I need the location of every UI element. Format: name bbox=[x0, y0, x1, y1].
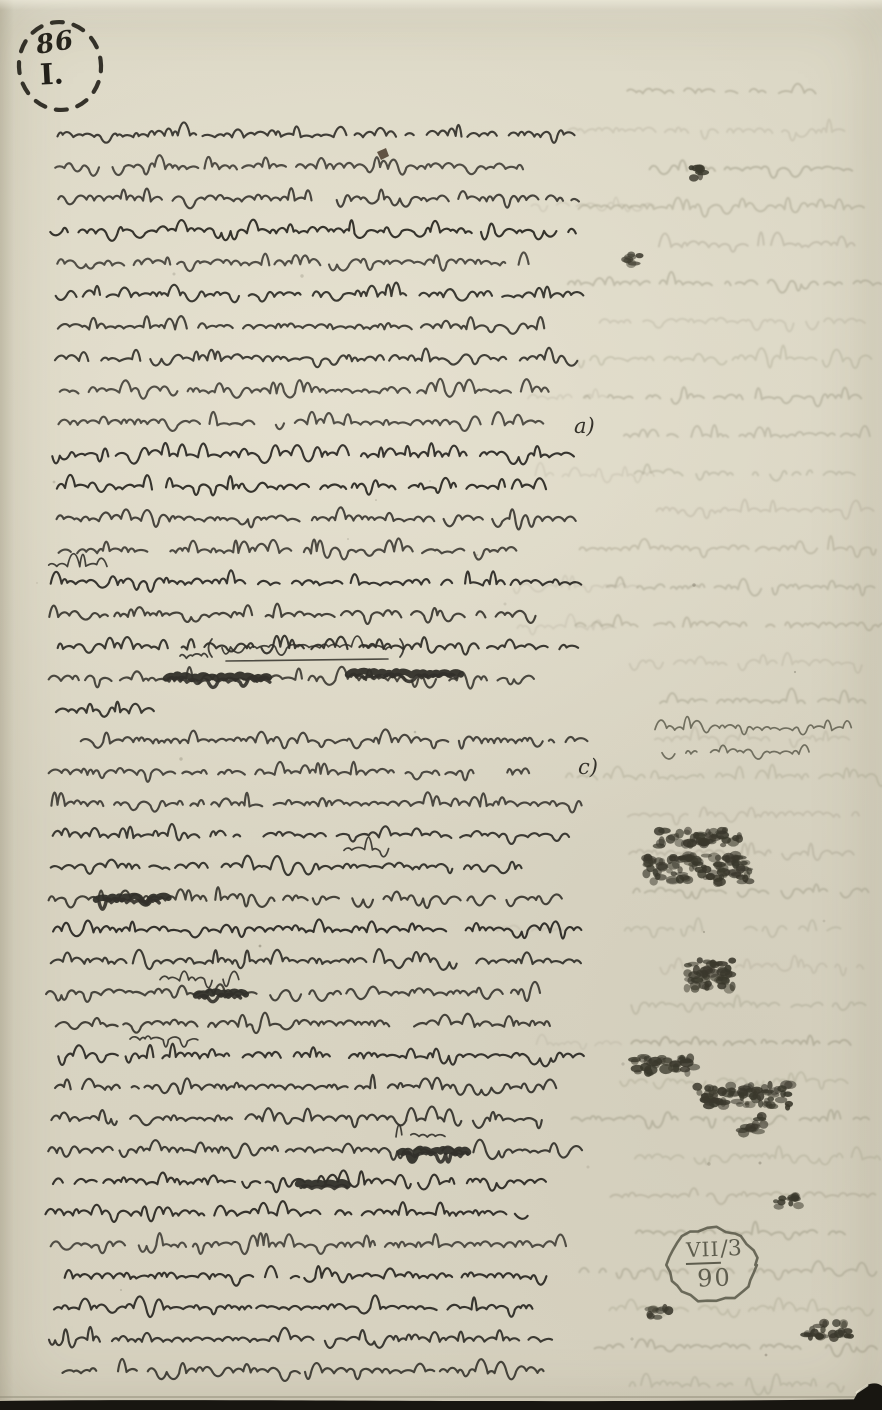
archive-stamp: VII/3 90 bbox=[667, 1236, 761, 1293]
archive-stamp-suffix: /3 bbox=[720, 1236, 742, 1262]
page-number: 86 bbox=[34, 27, 76, 59]
manuscript-page: 86 I. a) c) VII/3 90 bbox=[0, 0, 882, 1410]
manuscript-lines bbox=[46, 122, 588, 1380]
showthrough-blotches bbox=[621, 164, 854, 1342]
archive-stamp-denominator: 90 bbox=[668, 1264, 761, 1294]
verso-showthrough bbox=[479, 84, 882, 1395]
margin-label-a: a) bbox=[574, 416, 595, 437]
margin-label-c: c) bbox=[578, 757, 598, 778]
handwriting-ink-art bbox=[0, 0, 882, 1410]
archive-stamp-fraction: VII/3 bbox=[667, 1236, 760, 1263]
page-bottom-edge bbox=[0, 1383, 882, 1410]
archive-stamp-roman: VII bbox=[685, 1237, 721, 1265]
section-numeral: I. bbox=[39, 59, 64, 89]
